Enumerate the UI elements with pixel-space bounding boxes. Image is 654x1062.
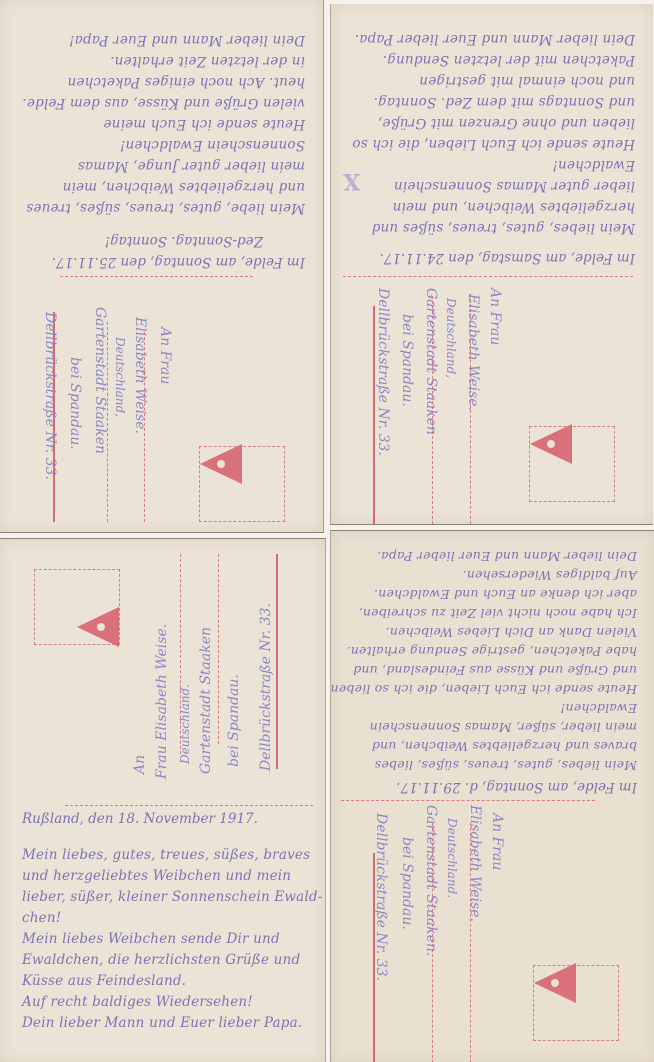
stamp-box bbox=[529, 426, 615, 502]
address-salutation: An Frau bbox=[487, 288, 503, 345]
message-line: und Grüße und Küsse aus Feindesland, und bbox=[341, 661, 637, 680]
postcard-top-right: An Frau Elisabeth Weise. Deutschland, Ga… bbox=[330, 4, 653, 525]
message-line: und noch einmal mit gestrigen bbox=[341, 70, 635, 91]
postcard-top-left: An Frau Elisabeth Weise. Deutschland, Ga… bbox=[0, 0, 324, 533]
address-line-3: bei Spandau. bbox=[226, 674, 242, 767]
message-line: Ewaldchen! bbox=[341, 699, 637, 718]
message-line: und herzgeliebtes Weibchen und mein bbox=[22, 866, 315, 887]
stamp-box bbox=[34, 569, 120, 645]
message-line: Sonnenschein Ewaldchen! bbox=[10, 134, 305, 155]
message-line: Heute sende ich Euch meine bbox=[10, 113, 305, 134]
address-line-4: Dellbrückstraße Nr. 33. bbox=[373, 813, 389, 981]
address-salutation: An bbox=[132, 755, 148, 774]
message-line: lieber, süßer, kleiner Sonnenschein Ewal… bbox=[22, 887, 315, 908]
x-mark: X bbox=[343, 168, 360, 194]
message-line: Heute sende ich Euch Lieben, die ich so bbox=[341, 133, 635, 154]
address-line-1: Deutschland, bbox=[444, 298, 458, 378]
stamp-box bbox=[533, 965, 619, 1041]
postcard-bottom-left: An Frau Elisabeth Weise. Deutschland. Ga… bbox=[0, 538, 326, 1062]
divider-rule bbox=[60, 276, 253, 277]
message-line: Dein lieber Mann und Euer lieber Papa. bbox=[341, 547, 637, 566]
address-line-2: Gartenstadt Staaken bbox=[198, 627, 214, 774]
address-line-1: Deutschland. bbox=[178, 684, 192, 764]
address-line-2: Gartenstadt Staaken bbox=[423, 288, 439, 435]
address-line-4: Dellbrückstraße Nr. 33. bbox=[42, 312, 58, 480]
address-line-4: Dellbrückstraße Nr. 33. bbox=[258, 603, 274, 771]
address-line-3: bei Spandau. bbox=[399, 837, 415, 930]
message-line: vielen Grüße und Küsse, aus dem Felde. bbox=[10, 92, 305, 113]
divider-rule bbox=[65, 805, 313, 806]
message-body: Mein liebes, gutes, treues, süßes, liebe… bbox=[341, 547, 637, 775]
date-line: Im Felde, am Samstag, den 24.11.17. bbox=[343, 250, 635, 266]
message-line: braves und herzgeliebtes Weibchen, und bbox=[341, 737, 637, 756]
date-line: Im Felde, am Sonntag, den 25.11.17. bbox=[12, 254, 305, 270]
message-line: mein lieber, süßer, Mamas Sonnenschein bbox=[341, 718, 637, 737]
message-line: Ewaldchen, die herzlichsten Grüße und bbox=[22, 950, 315, 971]
date-line: Im Felde, am Sonntag, d. 29.11.17. bbox=[343, 779, 637, 795]
message-line: Ich habe noch nicht viel Zeit zu schreib… bbox=[341, 604, 637, 623]
message-body: Mein liebes, gutes, treues, süßes, brave… bbox=[22, 845, 315, 1034]
address-line-3: bei Spandau. bbox=[67, 357, 83, 450]
date-line-2: Zed-Sonntag. Sonntag! bbox=[12, 233, 263, 249]
message-line: Paketchen mit der letzten Sendung. bbox=[341, 49, 635, 70]
divider-rule bbox=[341, 800, 595, 801]
message-line: Mein liebes, gutes, treues, süßes und bbox=[341, 217, 635, 238]
message-line: lieber guter Mamas Sonnenschein bbox=[341, 175, 635, 196]
message-line: Mein liebes Weibchen sende Dir und bbox=[22, 929, 315, 950]
stamp-box bbox=[199, 446, 285, 522]
address-line-4: Dellbrückstraße Nr. 33. bbox=[375, 288, 391, 456]
postcard-top-left-content: An Frau Elisabeth Weise. Deutschland, Ga… bbox=[0, 0, 323, 532]
address-line-2: Gartenstadt Staaken. bbox=[423, 805, 439, 957]
message-line: Dein lieber Mann und Euer lieber Papa. bbox=[341, 28, 635, 49]
message-line: Heute sende ich Euch Lieben, die ich so … bbox=[341, 680, 637, 699]
message-line: Ewaldchen! bbox=[341, 154, 635, 175]
postcard-bottom-right-content: An Frau Elisabeth Weise. Deutschland. Ga… bbox=[331, 531, 654, 1062]
address-line-1: Deutschland. bbox=[445, 818, 459, 898]
message-line: und Sonntags mit dem Zed. Sonntag. bbox=[341, 91, 635, 112]
message-line: Mein liebes, gutes, treues, süßes, brave… bbox=[22, 845, 315, 866]
postcard-top-right-content: An Frau Elisabeth Weise. Deutschland, Ga… bbox=[331, 4, 653, 524]
address-name: Elisabeth Weise. bbox=[467, 805, 483, 922]
message-line: herzgeliebtes Weibchen, und mein bbox=[341, 196, 635, 217]
address-rule bbox=[276, 554, 278, 769]
date-line: Rußland, den 18. November 1917. bbox=[22, 811, 313, 827]
address-name: Elisabeth Weise. bbox=[465, 294, 481, 411]
address-salutation: An Frau bbox=[157, 327, 173, 384]
address-line-3: bei Spandau. bbox=[399, 314, 415, 407]
address-name: Elisabeth Weise. bbox=[132, 317, 148, 434]
message-line: habe Paketchen, gestrige Sendung erhalte… bbox=[341, 642, 637, 661]
message-line: aber ich denke an Euch und Ewaldchen. bbox=[341, 585, 637, 604]
message-line: Mein liebe, gutes, treues, süßes, treues bbox=[10, 197, 305, 218]
message-body: Mein liebes, gutes, treues, süßes und he… bbox=[341, 28, 635, 238]
address-name: Frau Elisabeth Weise. bbox=[154, 624, 170, 779]
message-body: Mein liebe, gutes, treues, süßes, treues… bbox=[10, 29, 305, 218]
message-line: Küsse aus Feindesland. bbox=[22, 971, 315, 992]
message-line: in der letzten Zeit erhalten. bbox=[10, 50, 305, 71]
address-rule bbox=[218, 554, 219, 744]
divider-rule bbox=[343, 276, 633, 277]
message-line: lieben und ohne Grenzen mit Grüße, bbox=[341, 112, 635, 133]
message-line: Mein liebes, gutes, treues, süßes, liebe… bbox=[341, 756, 637, 775]
postcard-bottom-right: An Frau Elisabeth Weise. Deutschland. Ga… bbox=[330, 530, 654, 1062]
message-line: Auf recht baldiges Wiedersehen! bbox=[22, 992, 315, 1013]
message-line: und herzgeliebtes Weibchen, mein bbox=[10, 176, 305, 197]
message-line: Dein lieber Mann und Euer lieber Papa. bbox=[22, 1013, 315, 1034]
postcard-bottom-left-content: An Frau Elisabeth Weise. Deutschland. Ga… bbox=[0, 539, 325, 1062]
message-line: mein lieber guter Junge, Mamas bbox=[10, 155, 305, 176]
address-line-1: Deutschland, bbox=[113, 337, 127, 417]
message-line: chen! bbox=[22, 908, 315, 929]
message-line: heut. Ach noch einiges Paketchen bbox=[10, 71, 305, 92]
address-line-2: Gartenstadt Staaken bbox=[92, 307, 108, 454]
message-line: Dein lieber Mann und Euer Papa! bbox=[10, 29, 305, 50]
address-salutation: An Frau bbox=[489, 813, 505, 870]
message-line: Auf baldiges Wiedersehen. bbox=[341, 566, 637, 585]
message-line: Vielen Dank an Dich Liebes Weibchen. bbox=[341, 623, 637, 642]
